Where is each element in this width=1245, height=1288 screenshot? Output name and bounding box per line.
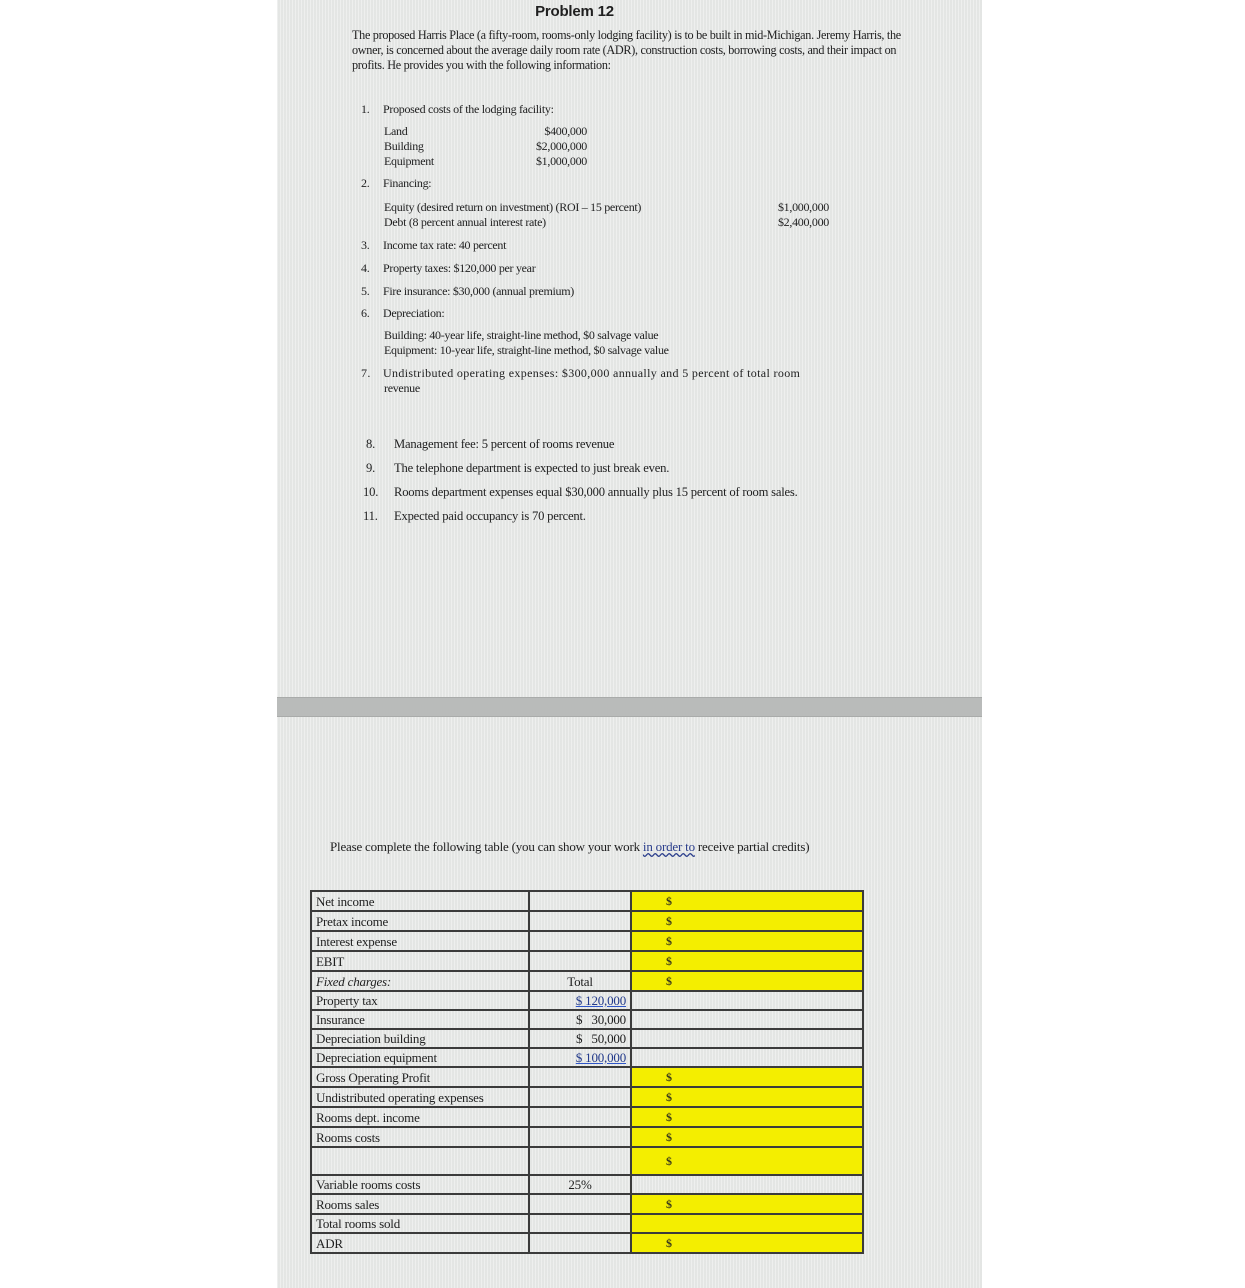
row-label: Interest expense — [311, 931, 529, 951]
financing-equity-value: $1,000,000 — [737, 200, 829, 215]
dollar-sign: $ — [666, 1129, 672, 1146]
answer-cell[interactable]: $ — [631, 1194, 863, 1214]
answer-cell[interactable]: $ — [631, 1147, 863, 1175]
amount-text: $ 100,000 — [576, 1050, 626, 1065]
amount-text: $ 120,000 — [576, 993, 626, 1008]
row-label: Gross Operating Profit — [311, 1067, 529, 1087]
table-row: EBIT$ — [311, 951, 863, 971]
dollar-sign: $ — [666, 1109, 672, 1126]
row-label: Depreciation equipment — [311, 1048, 529, 1067]
answer-cell[interactable] — [631, 1010, 863, 1029]
answer-cell[interactable]: $ — [631, 1067, 863, 1087]
row-amount[interactable]: $ 120,000 — [529, 991, 631, 1010]
answer-cell[interactable]: $ — [631, 891, 863, 911]
income-statement-table: Net income$Pretax income$Interest expens… — [310, 890, 864, 1254]
cost-land-value: $400,000 — [497, 124, 587, 139]
row-label: Insurance — [311, 1010, 529, 1029]
cost-land-label: Land — [384, 124, 407, 139]
financing-equity-label: Equity (desired return on investment) (R… — [384, 200, 641, 215]
item-4: 4.Property taxes: $120,000 per year — [361, 261, 535, 276]
item-3: 3.Income tax rate: 40 percent — [361, 238, 506, 253]
row-amount[interactable] — [529, 1147, 631, 1175]
amount-text: $ 50,000 — [576, 1031, 626, 1046]
depreciation-equipment: Equipment: 10-year life, straight-line m… — [384, 343, 669, 358]
row-amount[interactable] — [529, 1067, 631, 1087]
item-8: 8.Management fee: 5 percent of rooms rev… — [366, 436, 614, 452]
table-instructions: Please complete the following table (you… — [330, 838, 900, 856]
answer-cell[interactable]: $ — [631, 1127, 863, 1147]
row-amount[interactable] — [529, 1087, 631, 1107]
table-row: $ — [311, 1147, 863, 1175]
amount-text: Total — [567, 974, 593, 989]
table-row: Depreciation building$ 50,000 — [311, 1029, 863, 1048]
row-amount[interactable] — [529, 891, 631, 911]
dollar-sign: $ — [666, 1069, 672, 1086]
item-7-continued: revenue — [384, 381, 420, 396]
row-amount[interactable]: $ 100,000 — [529, 1048, 631, 1067]
item-6: 6.Depreciation: — [361, 306, 444, 321]
item-9: 9.The telephone department is expected t… — [366, 460, 669, 476]
row-label: Depreciation building — [311, 1029, 529, 1048]
scanned-page: Problem 12 The proposed Harris Place (a … — [277, 0, 982, 1288]
item-5: 5.Fire insurance: $30,000 (annual premiu… — [361, 284, 574, 299]
row-amount[interactable] — [529, 1233, 631, 1253]
dollar-sign: $ — [666, 933, 672, 950]
row-label: Net income — [311, 891, 529, 911]
row-amount[interactable] — [529, 1214, 631, 1233]
item-7: 7.Undistributed operating expenses: $300… — [361, 366, 800, 381]
table-row: Pretax income$ — [311, 911, 863, 931]
answer-cell[interactable] — [631, 1029, 863, 1048]
row-label: Variable rooms costs — [311, 1175, 529, 1194]
table-row: Gross Operating Profit$ — [311, 1067, 863, 1087]
answer-cell[interactable] — [631, 1048, 863, 1067]
row-label: Rooms costs — [311, 1127, 529, 1147]
answer-cell[interactable]: $ — [631, 971, 863, 991]
depreciation-building: Building: 40-year life, straight-line me… — [384, 328, 658, 343]
row-label: Property tax — [311, 991, 529, 1010]
answer-cell[interactable]: $ — [631, 931, 863, 951]
row-amount[interactable]: 25% — [529, 1175, 631, 1194]
row-amount[interactable]: $ 50,000 — [529, 1029, 631, 1048]
dollar-sign: $ — [666, 1196, 672, 1213]
row-label: Fixed charges: — [311, 971, 529, 991]
row-amount[interactable] — [529, 931, 631, 951]
table-row: Variable rooms costs25% — [311, 1175, 863, 1194]
row-label: Rooms dept. income — [311, 1107, 529, 1127]
financing-debt-label: Debt (8 percent annual interest rate) — [384, 215, 546, 230]
table-row: Rooms costs$ — [311, 1127, 863, 1147]
row-label: Pretax income — [311, 911, 529, 931]
dollar-sign: $ — [666, 893, 672, 910]
row-label: EBIT — [311, 951, 529, 971]
row-label: Total rooms sold — [311, 1214, 529, 1233]
item-10: 10.Rooms department expenses equal $30,0… — [363, 484, 798, 500]
table-row: ADR$ — [311, 1233, 863, 1253]
answer-cell[interactable] — [631, 1214, 863, 1233]
financing-debt-value: $2,400,000 — [737, 215, 829, 230]
row-amount[interactable] — [529, 951, 631, 971]
amount-text: 25% — [568, 1177, 591, 1192]
row-amount[interactable] — [529, 1127, 631, 1147]
table-row: Insurance$ 30,000 — [311, 1010, 863, 1029]
page-break-divider — [277, 697, 982, 717]
dollar-sign: $ — [666, 1153, 672, 1170]
answer-cell[interactable]: $ — [631, 1087, 863, 1107]
table-row: Depreciation equipment$ 100,000 — [311, 1048, 863, 1067]
item-1: 1.Proposed costs of the lodging facility… — [361, 102, 554, 117]
dollar-sign: $ — [666, 913, 672, 930]
answer-cell[interactable]: $ — [631, 911, 863, 931]
answer-cell[interactable]: $ — [631, 951, 863, 971]
row-amount[interactable]: $ 30,000 — [529, 1010, 631, 1029]
dollar-sign: $ — [666, 973, 672, 990]
cost-equipment-value: $1,000,000 — [497, 154, 587, 169]
row-label — [311, 1147, 529, 1175]
item-11: 11.Expected paid occupancy is 70 percent… — [363, 508, 586, 524]
table-row: Property tax$ 120,000 — [311, 991, 863, 1010]
cost-building-label: Building — [384, 139, 424, 154]
table-row: Interest expense$ — [311, 931, 863, 951]
answer-cell[interactable] — [631, 991, 863, 1010]
cost-equipment-label: Equipment — [384, 154, 434, 169]
row-label: Undistributed operating expenses — [311, 1087, 529, 1107]
table-row: Rooms sales$ — [311, 1194, 863, 1214]
row-amount[interactable]: Total — [529, 971, 631, 991]
table-row: Fixed charges:Total$ — [311, 971, 863, 991]
row-amount[interactable] — [529, 1107, 631, 1127]
row-amount[interactable] — [529, 911, 631, 931]
problem-intro: The proposed Harris Place (a fifty-room,… — [352, 28, 902, 73]
underlined-phrase: in order to — [643, 839, 695, 854]
answer-cell[interactable]: $ — [631, 1107, 863, 1127]
row-amount[interactable] — [529, 1194, 631, 1214]
row-label: ADR — [311, 1233, 529, 1253]
problem-title: Problem 12 — [277, 3, 982, 20]
dollar-sign: $ — [666, 1235, 672, 1252]
answer-cell[interactable] — [631, 1175, 863, 1194]
table-row: Undistributed operating expenses$ — [311, 1087, 863, 1107]
answer-cell[interactable]: $ — [631, 1233, 863, 1253]
table-row: Net income$ — [311, 891, 863, 911]
table-row: Total rooms sold — [311, 1214, 863, 1233]
item-2: 2.Financing: — [361, 176, 431, 191]
dollar-sign: $ — [666, 1089, 672, 1106]
dollar-sign: $ — [666, 953, 672, 970]
table-row: Rooms dept. income$ — [311, 1107, 863, 1127]
cost-building-value: $2,000,000 — [497, 139, 587, 154]
amount-text: $ 30,000 — [576, 1012, 626, 1027]
row-label: Rooms sales — [311, 1194, 529, 1214]
